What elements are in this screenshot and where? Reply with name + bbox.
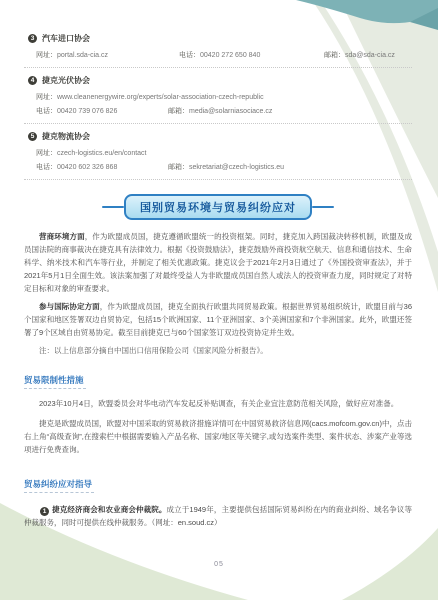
- association-item: 5 捷克物流协会 网址：czech-logistics.eu/en/contac…: [24, 131, 412, 180]
- association-contact-row: 网址：czech-logistics.eu/en/contact: [36, 148, 412, 159]
- phone-label: 电话：: [36, 164, 57, 171]
- association-phone-value: 00420 739 076 826: [57, 108, 117, 115]
- section-banner: 国别贸易环境与贸易纠纷应对: [24, 194, 412, 220]
- association-contact-row: 电话：00420 739 076 826 邮箱：media@solarniaso…: [36, 106, 412, 117]
- association-item: 4 捷克光伏协会 网址：www.cleanenergywire.org/expe…: [24, 75, 412, 124]
- banner-title: 国别贸易环境与贸易纠纷应对: [124, 194, 312, 220]
- source-note: 注：以上信息部分摘自中国出口信用保险公司《国家风险分析报告》。: [24, 344, 412, 357]
- association-website-link[interactable]: www.cleanenergywire.org/experts/solar-as…: [57, 94, 264, 101]
- association-contact-row: 网址：www.cleanenergywire.org/experts/solar…: [36, 92, 412, 103]
- dispute-item-lead: 捷克经济商会和农业商会仲裁院。: [52, 505, 167, 514]
- dotted-divider: [24, 179, 412, 180]
- website-label: 网址：: [36, 52, 57, 59]
- restrictions-paragraph-1: 2023年10月4日，欧盟委员会对华电动汽车发起反补贴调查，有关企业宜注意防范相…: [24, 397, 412, 410]
- association-title: 4 捷克光伏协会: [28, 75, 412, 86]
- association-item: 3 汽车进口协会 网址：portal.sda-cia.cz 电话：00420 2…: [24, 33, 412, 68]
- association-name: 汽车进口协会: [42, 33, 90, 44]
- dispute-item: 1捷克经济商会和农业商会仲裁院。成立于1949年，主要提供包括国际贸易纠纷在内的…: [24, 503, 412, 529]
- association-number-badge: 5: [28, 132, 37, 141]
- phone-label: 电话：: [36, 108, 57, 115]
- paragraph-lead: 营商环境方面: [39, 232, 85, 241]
- association-number-badge: 4: [28, 76, 37, 85]
- association-number-badge: 3: [28, 34, 37, 43]
- dotted-divider: [24, 123, 412, 124]
- paragraph-text: ，作为欧盟成员国，捷克遵循欧盟统一的投资框架。同时，捷克加入跨国裁决转移机制，欧…: [24, 232, 412, 293]
- association-phone-value: 00420 272 650 840: [200, 52, 260, 59]
- association-email-link[interactable]: sda@sda-cia.cz: [345, 52, 395, 59]
- association-website-link[interactable]: czech-logistics.eu/en/contact: [57, 150, 147, 157]
- dotted-divider: [24, 67, 412, 68]
- intro-paragraph-international-agreements: 参与国际协定方面，作为欧盟成员国，捷克全面执行欧盟共同贸易政策。根据世界贸易组织…: [24, 300, 412, 339]
- association-contact-row: 电话：00420 602 326 868 邮箱：sekretariat@czec…: [36, 162, 412, 173]
- association-title: 5 捷克物流协会: [28, 131, 412, 142]
- document-page: { "page_number": "05", "labels": { "webs…: [0, 0, 438, 600]
- association-email-link[interactable]: media@solarniasociace.cz: [189, 108, 272, 115]
- intro-paragraph-business-environment: 营商环境方面，作为欧盟成员国，捷克遵循欧盟统一的投资框架。同时，捷克加入跨国裁决…: [24, 230, 412, 295]
- website-label: 网址：: [36, 94, 57, 101]
- page-content: 3 汽车进口协会 网址：portal.sda-cia.cz 电话：00420 2…: [24, 33, 412, 529]
- association-phone-value: 00420 602 326 868: [57, 164, 117, 171]
- association-email-link[interactable]: sekretariat@czech-logistics.eu: [189, 164, 284, 171]
- association-name: 捷克物流协会: [42, 131, 90, 142]
- association-title: 3 汽车进口协会: [28, 33, 412, 44]
- email-label: 邮箱：: [168, 108, 189, 115]
- paragraph-lead: 参与国际协定方面: [39, 302, 100, 311]
- phone-label: 电话：: [179, 52, 200, 59]
- email-label: 邮箱：: [168, 164, 189, 171]
- item-number-badge: 1: [40, 507, 49, 516]
- banner-line-right: [312, 206, 334, 208]
- website-label: 网址：: [36, 150, 57, 157]
- banner-line-left: [102, 206, 124, 208]
- restrictions-paragraph-2: 捷克是欧盟成员国，欧盟对中国采取的贸易救济措施详情可在中国贸易救济信息网(cac…: [24, 417, 412, 456]
- section-title-restrictions: 贸易限制性措施: [24, 374, 86, 389]
- page-number: 05: [0, 561, 438, 568]
- association-website-link[interactable]: portal.sda-cia.cz: [57, 52, 108, 59]
- email-label: 邮箱：: [324, 52, 345, 59]
- association-name: 捷克光伏协会: [42, 75, 90, 86]
- association-contact-row: 网址：portal.sda-cia.cz 电话：00420 272 650 84…: [36, 50, 412, 61]
- section-title-disputes: 贸易纠纷应对指导: [24, 478, 94, 493]
